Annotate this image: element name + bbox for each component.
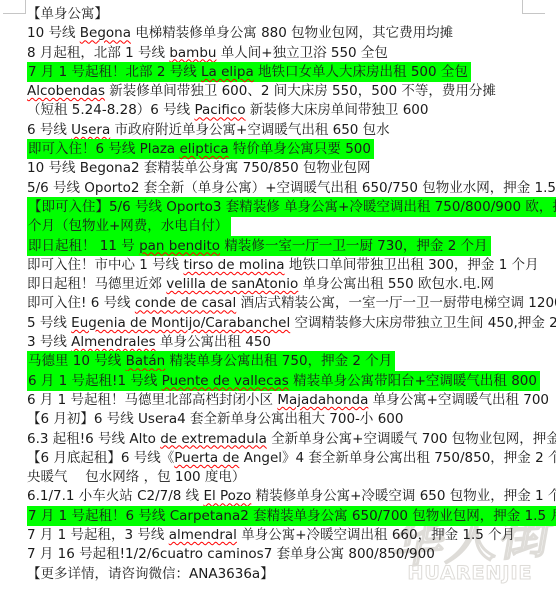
listing-conde-de-casal: 即可入住! 6 号线 conde de casal 酒店式精装公寓，一室一厅一卫… xyxy=(27,294,556,313)
text-segment: 8 月起租，北部 1 号线 xyxy=(27,45,169,61)
text-segment: 精装单身公寓带阳台+空调暖气出租 800 xyxy=(289,373,537,389)
listing-majadahonda: 6 月 1 号起租！马德里北部高档封闭小区 Majadahonda 单身公寓+空… xyxy=(27,391,556,410)
text-segment: 单身公寓出租 450 xyxy=(156,334,271,350)
text-segment: 新装修单间带独卫 600、2 间大床房 550，500 不等，费用分摊 xyxy=(105,83,496,99)
misspelled-word: Majadahonda xyxy=(277,392,368,408)
misspelled-word: Puente de vallecas xyxy=(162,373,289,389)
text-segment: 精装单身公寓出租 750，押金 2 个月 xyxy=(165,353,392,369)
text-segment: 马德里 10 号线 xyxy=(28,353,126,369)
listing-pan-bendito: 即日起租！ 11 号 pan bendito 精装修一室一厅一卫一厨 730，押… xyxy=(27,237,556,256)
listing-oporto2: 5/6 号线 Oporto2 套全新（单身公寓）+空调暖气出租 650/750 … xyxy=(27,179,556,198)
misspelled-word: Eugenia de Montijo/Carabanchel xyxy=(71,315,290,331)
misspelled-word: Pacifico xyxy=(194,102,245,118)
listing-bambu: 8 月起租，北部 1 号线 bambu 单人间+独立卫浴 550 全包 xyxy=(27,44,556,63)
listing-el-pozo: 6.1/7.1 小车火站 C2/7/8 线 El Pozo 精装修单身公寓+冷暖… xyxy=(27,487,556,506)
misspelled-word: velilla de sanAtonio xyxy=(166,276,298,292)
listing-cuatro-caminos: 7 月 16 号起租!1/2/6cuatro caminos7 套单身公寓 80… xyxy=(27,545,556,564)
text-segment: 7 月 1 号起租！6 号线 Carpetana2 套精装单身公寓 650/70… xyxy=(28,508,556,524)
misspelled-word: Puerta de xyxy=(174,450,239,466)
listing-pacifico: （短租 5.24-8.28）6 号线 Pacifico 新装修大床房单间带独卫 … xyxy=(27,101,556,120)
text-segment: 即可入住! 6 号线 xyxy=(27,295,135,311)
text-segment: 7 月 1 号起租！北部 2 号线 xyxy=(28,64,201,80)
listing-oporto3-line2: 个月（包物业+网费，水电自付） xyxy=(27,217,556,236)
text-segment: 单身公寓+空调暖气出租 700 xyxy=(368,392,549,408)
listing-puerta-de-angel-line2: 央暖气 包水网络 ，包 100 度电） xyxy=(27,468,556,487)
section-title: 【单身公寓】 xyxy=(27,5,556,24)
listing-velilla: 即日起租！马德里近郊 velilla de sanAtonio 单身公寓出租 5… xyxy=(27,275,556,294)
listing-tirso-de-molina: 即可入住！市中心 1 号线 tirso de molina 地铁口单间带独卫出租… xyxy=(27,256,556,275)
misspelled-word: bambu xyxy=(169,45,216,61)
text-segment: 6.1/7.1 小车火站 C2/7/8 线 xyxy=(27,488,203,504)
text-segment: 即可入住！6 号线 Plaza xyxy=(28,141,180,157)
text-segment: 全新单身公寓+空调暖气 700 包物业包网，押金 1.5 月 xyxy=(267,431,556,447)
text-segment: 【6 月初】6 号线 Usera4 套全新单身公寓出租大 700-小 600 xyxy=(27,411,403,427)
listing-eugenia-de-montijo: 5 号线 Eugenia de Montijo/Carabanchel 空调精装… xyxy=(27,314,556,333)
listing-puerta-de-angel-line1: 【6 月底起租】6 号线《Puerta de Angel》4 套全新单身公寓出租… xyxy=(27,449,556,468)
text-segment: 地铁口女单人大床房出租 500 全包 xyxy=(254,64,468,80)
listing-la-elipa: 7 月 1 号起租！北部 2 号线 La elipa 地铁口女单人大床房出租 5… xyxy=(27,63,556,82)
text-boundary-mark-top-left xyxy=(3,0,26,14)
text-segment: 精装修单身公寓+冷暖空调 650 包物业，押金 1 个月 xyxy=(251,488,556,504)
text-segment: 5 号线 xyxy=(27,315,71,331)
listing-almendrales: 3 号线 Almendrales 单身公寓出租 450 xyxy=(27,333,556,352)
text-segment: 单身公寓出租 550 欧包水.电.网 xyxy=(298,276,494,292)
misspelled-word: pan bendito xyxy=(139,238,220,254)
misspelled-word: Alcobendas xyxy=(27,83,105,99)
misspelled-word: tirso de molina xyxy=(183,257,284,273)
text-segment: 10 号线 Begona2 套精装单公身寓 750/850 包物业包网 xyxy=(27,160,371,176)
listing-begona: 10 号线 Begona 电梯精装修单身公寓 880 包物业包网，其它费用均摊 xyxy=(27,24,556,43)
text-segment: 即日起租！马德里近郊 xyxy=(27,276,166,292)
text-segment: 6 月 1 号起租!1 号线 xyxy=(28,373,162,389)
misspelled-word: Batán xyxy=(126,353,166,369)
listing-batan: 马德里 10 号线 Batán 精装单身公寓出租 750，押金 2 个月 xyxy=(27,352,556,371)
listing-oporto3-line1: 【即可入住】5/6 号线 Oporto3 套精装修 单身公寓+冷暖空调出租 75… xyxy=(27,198,556,217)
text-segment: 6 月 1 号起租！马德里北部高档封闭小区 xyxy=(27,392,277,408)
text-segment: 6.3 起租!6 号线 Alto xyxy=(27,431,160,447)
text-segment: 即日起租！ 11 号 xyxy=(28,238,139,254)
text-segment: 央暖气 包水网络 ，包 100 度电） xyxy=(27,469,245,485)
text-segment: 6 号线 xyxy=(27,122,71,138)
text-segment: 【单身公寓】 xyxy=(27,6,108,22)
misspelled-word: La elipa xyxy=(201,64,254,80)
text-segment: 3 号线 xyxy=(27,334,71,350)
text-segment: 个月（包物业+网费，水电自付） xyxy=(28,218,228,234)
text-segment: 【6 月底起租】6 号线《 xyxy=(27,450,174,466)
misspelled-word: eliptica xyxy=(180,141,229,157)
listing-alcobendas: Alcobendas 新装修单间带独卫 600、2 间大床房 550，500 不… xyxy=(27,82,556,101)
listing-carpetana: 7 月 1 号起租！6 号线 Carpetana2 套精装单身公寓 650/70… xyxy=(27,507,556,526)
listing-almendral: 7 月 1 号起租，3 号线 almendral 单身公寓+冷暖空调出租 660… xyxy=(27,526,556,545)
apartment-listing-document: 【单身公寓】10 号线 Begona 电梯精装修单身公寓 880 包物业包网，其… xyxy=(27,5,556,584)
listing-alto-de-extremadula: 6.3 起租!6 号线 Alto de extremadula 全新单身公寓+空… xyxy=(27,430,556,449)
listing-begona2: 10 号线 Begona2 套精装单公身寓 750/850 包物业包网 xyxy=(27,159,556,178)
listing-puente-de-vallecas: 6 月 1 号起租!1 号线 Puente de vallecas 精装单身公寓… xyxy=(27,372,556,391)
text-segment: 10 号线 xyxy=(27,25,80,41)
misspelled-word: El Pozo xyxy=(203,488,251,504)
text-segment: 单身公寓+冷暖空调出租 660，押金 1.5 个月 xyxy=(237,527,515,543)
text-segment: 单人间+独立卫浴 550 全包 xyxy=(216,45,387,61)
text-segment: 精装修一室一厅一卫一厨 730，押金 2 个月 xyxy=(220,238,488,254)
listing-usera4: 【6 月初】6 号线 Usera4 套全新单身公寓出租大 700-小 600 xyxy=(27,410,556,429)
text-segment: 特价单身公寓只要 500 xyxy=(229,141,371,157)
misspelled-word: Almendrales xyxy=(71,334,155,350)
text-segment: 空调精装修大床房带独立卫生间 450,押金 2 个月 xyxy=(290,315,556,331)
text-segment: 电梯精装修单身公寓 880 包物业包网，其它费用均摊 xyxy=(131,25,453,41)
text-segment: 【更多详情，请咨询微信：ANA3636a】 xyxy=(27,566,274,582)
text-segment: 即可入住！市中心 1 号线 xyxy=(27,257,183,273)
misspelled-word: Usera xyxy=(71,122,110,138)
text-segment: 地铁口单间带独卫出租 300，押金 1 个月 xyxy=(285,257,539,273)
listing-usera: 6 号线 Usera 市政府附近单身公寓+空调暖气出租 650 包水 xyxy=(27,121,556,140)
text-segment: Angel》4 套全新单身公寓出租 750/850，押金 2 个月（中 xyxy=(239,450,556,466)
text-segment: 市政府附近单身公寓+空调暖气出租 650 包水 xyxy=(110,122,389,138)
text-segment: 新装修大床房单间带独卫 600 xyxy=(246,102,429,118)
text-segment: 7 月 1 号起租，3 号线 xyxy=(27,527,169,543)
text-segment: （短租 5.24-8.28）6 号线 xyxy=(27,102,194,118)
listing-plaza-eliptica: 即可入住！6 号线 Plaza eliptica 特价单身公寓只要 500 xyxy=(27,140,556,159)
misspelled-word: de extremadula xyxy=(160,431,267,447)
text-segment: 5/6 号线 Oporto2 套全新（单身公寓）+空调暖气出租 650/750 … xyxy=(27,180,556,196)
misspelled-word: almendral xyxy=(169,527,237,543)
text-segment: 7 月 16 号起租!1/2/6cuatro caminos7 套单身公寓 80… xyxy=(27,546,435,562)
misspelled-word: conde de casal xyxy=(135,295,236,311)
misspelled-word: Begona xyxy=(80,25,131,41)
text-segment: 【即可入住】5/6 号线 Oporto3 套精装修 单身公寓+冷暖空调出租 75… xyxy=(28,199,556,215)
contact-footer: 【更多详情，请咨询微信：ANA3636a】 xyxy=(27,565,556,584)
text-segment: 酒店式精装公寓，一室一厅一卫一厨带电梯空调 1200（T2） xyxy=(236,295,556,311)
